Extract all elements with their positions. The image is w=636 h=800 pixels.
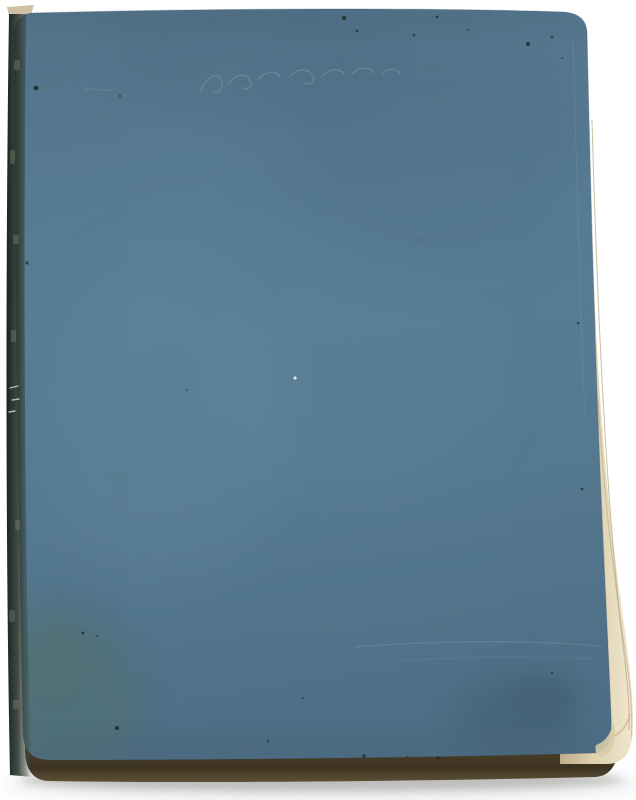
speck — [115, 726, 119, 730]
spine-fleck — [9, 610, 15, 622]
spine-fleck — [13, 235, 19, 244]
speck — [467, 29, 469, 31]
spine-fleck — [14, 60, 20, 70]
spine-fleck — [10, 150, 15, 164]
speck — [577, 322, 580, 325]
speck — [119, 95, 122, 98]
speck — [34, 86, 39, 91]
faint-pencil-dash — [85, 89, 112, 90]
spine-crack-mark — [12, 399, 19, 400]
spine-fleck — [13, 700, 19, 709]
spine-crack-mark — [9, 411, 15, 412]
speck — [25, 261, 28, 264]
spine-fleck — [11, 330, 16, 342]
speck — [267, 740, 270, 743]
speck — [82, 632, 85, 635]
speck — [302, 697, 304, 699]
spine-fleck — [15, 520, 20, 530]
speck — [436, 756, 439, 759]
speck — [551, 672, 553, 674]
speck — [293, 376, 296, 379]
book-photo — [0, 0, 636, 800]
speck — [96, 635, 98, 637]
speck — [356, 30, 359, 33]
speck — [551, 36, 554, 39]
speck — [342, 16, 346, 20]
speck — [186, 389, 188, 391]
speck — [436, 16, 439, 19]
speck — [561, 57, 563, 59]
speck — [581, 488, 584, 491]
speck — [413, 34, 416, 37]
speck — [406, 756, 408, 758]
speck — [526, 42, 530, 46]
speck — [362, 754, 366, 758]
